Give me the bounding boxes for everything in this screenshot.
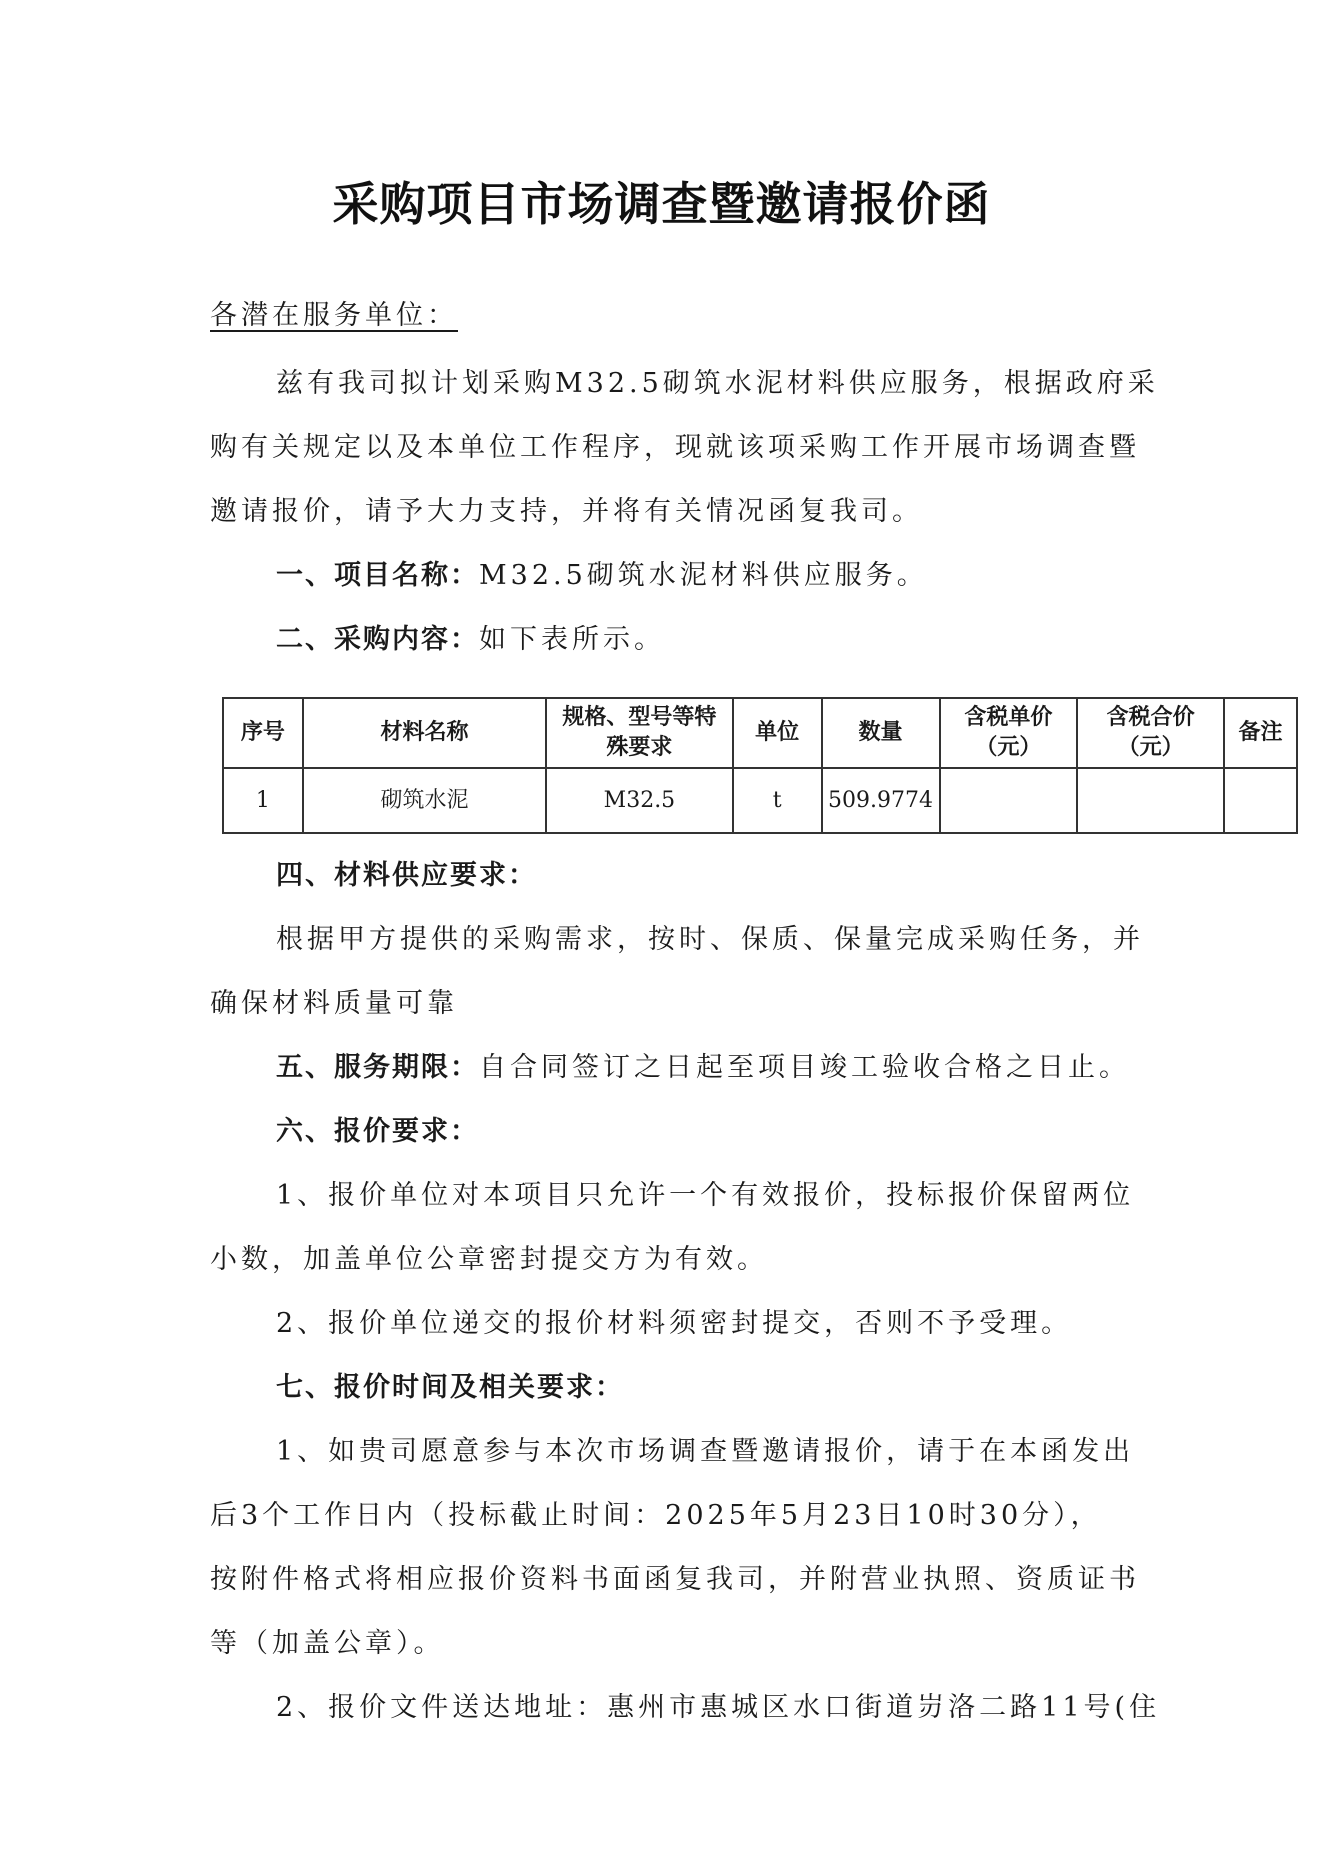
header-remark: 备注 [1224,698,1297,768]
procurement-table: 序号 材料名称 规格、型号等特 殊要求 单位 数量 含税单价 （元） 含税合价 … [222,697,1298,834]
cell-unit: t [733,768,822,833]
section-text: M32.5砌筑水泥材料供应服务。 [479,560,928,591]
quote-time-line-2: 后3个工作日内（投标截止时间：2025年5月23日10时30分）， [210,1496,1102,1536]
supply-line-2: 确保材料质量可靠 [210,984,458,1024]
cell-quantity: 509.9774 [822,768,940,833]
section-quote-time-heading: 七、报价时间及相关要求： [276,1368,624,1408]
section-quote-requirements-heading: 六、报价要求： [276,1112,479,1152]
quote-time-line-4: 等（加盖公章）。 [210,1624,445,1664]
salutation: 各潜在服务单位： [210,296,458,336]
quote-req-line-1: 1、报价单位对本项目只允许一个有效报价，投标报价保留两位 [276,1176,1134,1216]
quote-time-line-3: 按附件格式将相应报价资料书面函复我司，并附营业执照、资质证书 [210,1560,1140,1600]
table-row: 1 砌筑水泥 M32.5 t 509.9774 [223,768,1297,833]
header-unit-price: 含税单价 （元） [940,698,1078,768]
section-service-period: 五、服务期限：自合同签订之日起至项目竣工验收合格之日止。 [276,1048,1130,1088]
quote-req-line-3: 2、报价单位递交的报价材料须密封提交，否则不予受理。 [276,1304,1072,1344]
header-no: 序号 [223,698,303,768]
section-procurement-content: 二、采购内容：如下表所示。 [276,620,665,660]
header-total-price: 含税合价 （元） [1077,698,1224,768]
section-supply-requirements-heading: 四、材料供应要求： [276,856,537,896]
header-quantity: 数量 [822,698,940,768]
document-page: 采购项目市场调查暨邀请报价函 各潜在服务单位： 兹有我司拟计划采购M32.5砌筑… [0,0,1323,1870]
section-text: 如下表所示。 [479,624,665,655]
supply-line-1: 根据甲方提供的采购需求，按时、保质、保量完成采购任务，并 [276,920,1144,960]
header-total-price-line-1: 含税合价 [1082,703,1219,733]
header-spec-line-2: 殊要求 [551,733,728,763]
cell-total-price [1077,768,1224,833]
cell-spec: M32.5 [546,768,733,833]
section-label: 一、项目名称： [276,560,479,591]
header-spec-line-1: 规格、型号等特 [551,703,728,733]
cell-unit-price [940,768,1078,833]
intro-line-2: 购有关规定以及本单位工作程序，现就该项采购工作开展市场调查暨 [210,428,1140,468]
section-text: 自合同签订之日起至项目竣工验收合格之日止。 [479,1052,1130,1083]
table-header-row: 序号 材料名称 规格、型号等特 殊要求 单位 数量 含税单价 （元） 含税合价 … [223,698,1297,768]
section-label: 二、采购内容： [276,624,479,655]
section-project-name: 一、项目名称：M32.5砌筑水泥材料供应服务。 [276,556,928,596]
header-unit-price-line-2: （元） [945,733,1073,763]
document-title: 采购项目市场调查暨邀请报价函 [0,168,1323,234]
header-spec: 规格、型号等特 殊要求 [546,698,733,768]
quote-time-line-1: 1、如贵司愿意参与本次市场调查暨邀请报价，请于在本函发出 [276,1432,1134,1472]
quote-req-line-2: 小数，加盖单位公章密封提交方为有效。 [210,1240,768,1280]
quote-time-line-5: 2、报价文件送达地址：惠州市惠城区水口街道岃洛二路11号(住 [276,1688,1160,1728]
cell-remark [1224,768,1297,833]
header-total-price-line-2: （元） [1082,733,1219,763]
header-unit-price-line-1: 含税单价 [945,703,1073,733]
cell-no: 1 [223,768,303,833]
header-material-name: 材料名称 [303,698,546,768]
header-unit: 单位 [733,698,822,768]
cell-material-name: 砌筑水泥 [303,768,546,833]
section-label: 五、服务期限： [276,1052,479,1083]
intro-line-1: 兹有我司拟计划采购M32.5砌筑水泥材料供应服务，根据政府采 [276,364,1159,404]
intro-line-3: 邀请报价，请予大力支持，并将有关情况函复我司。 [210,492,923,532]
